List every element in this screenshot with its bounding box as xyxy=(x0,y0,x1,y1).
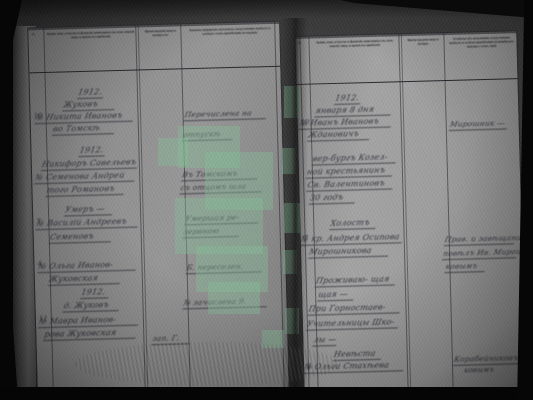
handwritten-line: Умершая ре- xyxy=(184,212,260,225)
handwritten-line: Невѣста xyxy=(333,349,383,361)
handwritten-line: вер-бургъ Козел- xyxy=(312,152,398,165)
left-page: № Званіе, имя, отчество и фамилія записа… xyxy=(27,21,290,396)
handwritten-line: ной крестьянинъ xyxy=(306,165,394,178)
handwritten-line: зап. Г. xyxy=(151,333,191,345)
handwritten-line: При Горностаев- xyxy=(307,302,401,315)
right-page: № Званіе, имя, отчество и фамилія записа… xyxy=(294,30,526,395)
handwritten-line: Никифоръ Савельевъ xyxy=(41,157,139,171)
handwritten-line: № Никита Ивановъ xyxy=(35,111,135,125)
handwritten-line: № Иванъ Ивановъ xyxy=(299,116,393,129)
handwritten-line: 1912. xyxy=(80,287,110,299)
handwritten-line: № зачислена 9. xyxy=(182,296,268,309)
entry-number: 4 xyxy=(307,363,312,371)
handwritten-line: ковымъ xyxy=(463,366,502,375)
handwritten-line: № Мавра Иванов- xyxy=(38,315,140,329)
ledger-photo: № Званіе, имя, отчество и фамилія записа… xyxy=(0,0,533,400)
column-rule xyxy=(398,34,408,391)
entry-number: 10 xyxy=(33,112,42,120)
handwritten-line: Жуковъ xyxy=(62,99,116,111)
column-rule xyxy=(443,33,453,390)
handwritten-line: Проживаю- щая xyxy=(315,274,397,287)
handwritten-line: № Ольга Стахѣева xyxy=(303,360,405,374)
handwritten-line: съ отцомъ шла xyxy=(179,181,263,194)
handwritten-line: Жуковская xyxy=(48,273,122,286)
tint-patch xyxy=(284,203,300,233)
left-page-header: № Званіе, имя, отчество и фамилія записа… xyxy=(28,22,280,74)
handwritten-line: Перечислена на xyxy=(184,108,268,121)
handwritten-line: № Ольга Иванов- xyxy=(37,260,137,274)
handwritten-line: того Романовъ xyxy=(45,184,125,197)
handwritten-line: Прав. и завѣщана xyxy=(444,233,516,246)
column-header: Отмѣтки объ исполненіи, когда именно выб… xyxy=(445,34,518,78)
handwritten-line: рова Жуковская xyxy=(43,328,137,341)
handwritten-line: 1912. xyxy=(334,93,362,105)
handwritten-line: Мирошникова xyxy=(308,246,390,259)
column-header: Время выдачи вида и нумеръ xyxy=(401,36,445,79)
handwritten-line: Корабейниковъ xyxy=(453,353,525,366)
handwritten-line: ковымъ xyxy=(444,261,486,273)
handwritten-line: № кр. Андрея Осипова xyxy=(300,232,404,246)
handwritten-line: лы — xyxy=(312,335,338,347)
handwritten-line: д. Жуковъ xyxy=(63,300,121,313)
handwritten-line: 30 годъ xyxy=(309,192,357,204)
column-header: Время выдачи вида и нумеръ его xyxy=(138,27,183,67)
tint-patch xyxy=(282,148,296,174)
handwritten-line: Ждановичъ xyxy=(307,129,371,142)
handwritten-line: Мирошник — xyxy=(449,118,509,131)
column-header: Какимъ порядкомъ поступилъ, когда именно… xyxy=(182,25,278,66)
handwritten-line: зервною xyxy=(183,226,241,239)
entry-number: 7 xyxy=(304,235,309,243)
handwritten-line: № Василій Андреевъ xyxy=(35,217,139,231)
handwritten-line: отпускѣ xyxy=(182,129,234,141)
column-rule xyxy=(135,26,146,393)
entry-number: 7 xyxy=(36,218,41,226)
entry-number: 11 xyxy=(39,315,48,323)
column-header: Званіе, имя, отчество и фамилія записанн… xyxy=(309,37,400,81)
right-page-header: № Званіе, имя, отчество и фамилія записа… xyxy=(295,31,517,85)
photo-frame-top-right xyxy=(340,0,533,22)
handwritten-line: 1912. xyxy=(77,87,105,99)
handwritten-line: повѣлъ Ив. Мирошни- xyxy=(442,247,518,260)
handwritten-line: января 8 дня xyxy=(314,104,392,117)
handwritten-line: Св. Валентиновъ xyxy=(306,178,394,191)
handwritten-line: Умеръ — xyxy=(64,204,114,216)
page-edge-rule xyxy=(274,22,285,389)
number-column-header: № xyxy=(31,32,35,36)
photo-top-shadow xyxy=(0,0,533,20)
handwritten-line: 1912. xyxy=(78,145,106,157)
handwritten-line: Семеновъ xyxy=(49,231,113,244)
page-edge-rule xyxy=(299,37,309,394)
handwritten-line: Въ Томскомъ xyxy=(181,168,259,181)
handwritten-line: во Томскѣ xyxy=(52,123,116,136)
handwritten-line: Учительницы Шко- xyxy=(306,317,400,330)
entry-number: 4 xyxy=(37,260,42,268)
column-header: Званіе, имя, отчество и фамилія записанн… xyxy=(44,29,137,70)
handwritten-line: Б. переселен. xyxy=(186,261,264,274)
entry-number: 10 xyxy=(301,119,310,127)
handwritten-line: № Семенова Андрей xyxy=(34,171,136,185)
handwritten-line: Холостъ xyxy=(329,218,377,230)
handwritten-line: щая — xyxy=(317,289,355,301)
